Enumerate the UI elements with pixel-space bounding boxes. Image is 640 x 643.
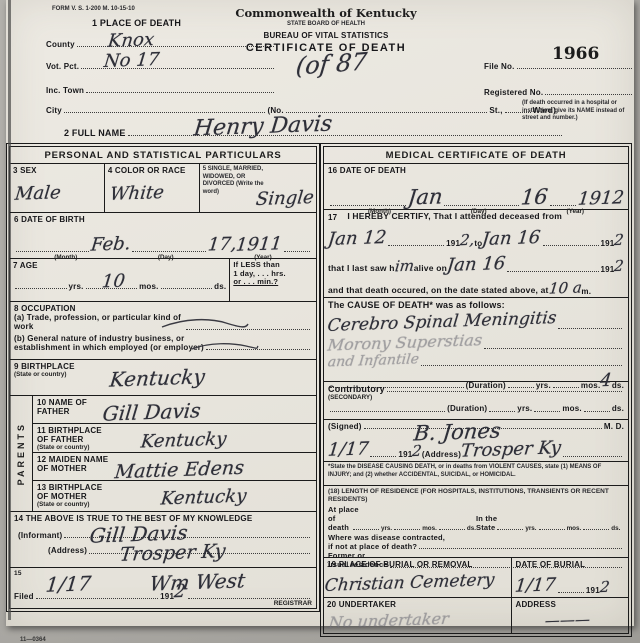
color-race-handwritten: White: [109, 184, 165, 204]
undertaker-address-label: ADDRESS: [515, 600, 625, 609]
dob-day-handwritten: 17,: [207, 236, 238, 255]
burial-place-label: 19 PLACE OF BURIAL OR REMOVAL: [327, 560, 508, 569]
burial-date-handwritten: 1/17: [514, 576, 556, 595]
form-number: FORM V. S. 1-200 M. 10-15-10: [52, 6, 135, 14]
file-number-stamp: 1966: [552, 44, 599, 64]
undertaker-address-handwritten: ———: [545, 613, 592, 630]
medical-certificate-title: MEDICAL CERTIFICATE OF DEATH: [324, 147, 628, 164]
bureau-subtitle: BUREAU OF VITAL STATISTICS: [216, 31, 436, 40]
residence-row: (18) LENGTH OF RESIDENCE (FOR HOSPITALS,…: [324, 486, 628, 558]
hour-handwritten: 10 a: [548, 280, 583, 296]
burial-row: 19 PLACE OF BURIAL OR REMOVAL Christian …: [324, 558, 628, 598]
father-birthplace-label: 11 BIRTHPLACE OF FATHER: [37, 426, 115, 444]
registered-no-label: Registered No.: [484, 88, 543, 97]
age-yrs-label: yrs.: [69, 282, 84, 291]
pen-flourish-mark-2: [190, 340, 260, 352]
sex-label: 3 SEX: [13, 166, 101, 175]
at-place-line1: At place: [328, 506, 476, 515]
vot-pct-label: Vot. Pct.: [46, 62, 79, 71]
in-state-line2: State: [476, 524, 495, 533]
parents-vertical-label: PARENTS: [16, 422, 26, 485]
dod-day-handwritten: 16: [520, 187, 549, 209]
commonwealth-title: Commonwealth of Kentucky: [216, 6, 436, 20]
mother-name-row: 12 MAIDEN NAME OF MOTHER Mattie Edens: [33, 453, 316, 481]
signed-year-handwritten: 2: [412, 444, 423, 459]
certify-row-number: 17: [328, 213, 337, 222]
res-mos-1: mos.: [422, 525, 437, 532]
marital-handwritten: Single: [255, 189, 315, 209]
registered-no-fill-line: [545, 92, 632, 95]
res-yrs-2: yrs.: [525, 525, 536, 532]
occupation-a-label: (a) Trade, profession, or particular kin…: [14, 313, 184, 331]
clerk-scrawl-annotation: (of 87: [295, 49, 368, 78]
mother-birthplace-handwritten: Kentucky: [160, 488, 247, 509]
birthplace-row: 9 BIRTHPLACE (State or country) Kentucky: [10, 360, 316, 396]
footnote-row: *State the DISEASE CAUSING DEATH, or in …: [324, 462, 628, 486]
cause-line3-illegible-pencil: and Infantile: [327, 353, 420, 370]
cause-line2-illegible-pencil: Morony Superstias: [327, 333, 483, 354]
medical-certificate-column: MEDICAL CERTIFICATE OF DEATH 16 DATE OF …: [323, 146, 629, 634]
attended-from-handwritten: Jan 12: [327, 229, 387, 249]
parents-vertical-label-cell: PARENTS: [10, 396, 33, 511]
mother-name-label: 12 MAIDEN NAME OF MOTHER: [37, 455, 115, 473]
father-name-label: 10 NAME OF FATHER: [37, 398, 97, 416]
contrib-duration-label: (Duration): [447, 404, 487, 413]
age-ds-label: ds.: [214, 282, 226, 291]
file-no-label: File No.: [484, 62, 515, 71]
filed-row: 15 Filed 191 2 1/17 Wm West REGISTRAR: [10, 568, 316, 608]
sex-handwritten: Male: [14, 184, 62, 204]
cause-of-death-label: The CAUSE OF DEATH* was as follows:: [328, 300, 624, 310]
undertaker-row: 20 UNDERTAKER No undertaker ADDRESS ———: [324, 598, 628, 633]
contributory-sub: (SECONDARY): [328, 394, 624, 401]
plate-number: 11—0364: [6, 634, 634, 643]
undertaker-label: 20 UNDERTAKER: [327, 600, 508, 609]
occupation-b-label: (b) General nature of industry business,…: [14, 334, 204, 352]
residence-label: (18) LENGTH OF RESIDENCE (FOR HOSPITALS,…: [328, 488, 624, 504]
informant-address-handwritten: Trosper Ky: [119, 542, 227, 565]
filed-label: Filed: [14, 592, 34, 601]
mother-birthplace-row: 13 BIRTHPLACE OF MOTHER (State or countr…: [33, 481, 316, 511]
birthplace-handwritten: Kentucky: [109, 366, 206, 389]
certificate-header: FORM V. S. 1-200 M. 10-15-10 1 PLACE OF …: [6, 0, 634, 146]
parents-section: PARENTS 10 NAME OF FATHER Gill Davis 11 …: [10, 396, 316, 512]
registrar-caption: REGISTRAR: [14, 600, 312, 607]
contrib-dur-mos: mos.: [562, 404, 581, 413]
full-name-label: 2 FULL NAME: [64, 128, 126, 138]
state-board-subtitle: STATE BOARD OF HEALTH: [216, 21, 436, 29]
father-birthplace-row: 11 BIRTHPLACE OF FATHER (State or countr…: [33, 424, 316, 453]
dob-label: 6 DATE OF BIRTH: [14, 215, 312, 224]
date-of-birth-row: 6 DATE OF BIRTH Feb. 17, 1911 (Month) (D…: [10, 213, 316, 259]
certify-statement: I HEREBY CERTIFY, That I attended deceas…: [347, 212, 562, 222]
county-handwritten: Knox: [107, 31, 155, 51]
inc-town-label: Inc. Town: [46, 86, 84, 95]
at-place-line2: of death: [328, 515, 351, 532]
pen-flourish-mark: [160, 316, 250, 330]
dod-month-handwritten: Jan: [406, 187, 443, 209]
contributory-label: Contributory: [328, 384, 385, 394]
scanned-page-background: FORM V. S. 1-200 M. 10-15-10 1 PLACE OF …: [0, 0, 640, 643]
masthead: Commonwealth of Kentucky STATE BOARD OF …: [216, 6, 436, 54]
informant-address-label: (Address): [48, 546, 87, 555]
undertaker-handwritten: No undertaker: [328, 611, 450, 631]
hospital-note: (If death occurred in a hospital or inst…: [522, 100, 634, 123]
saw-year-handwritten: 2: [614, 259, 625, 274]
occupation-label: 8 OCCUPATION: [14, 304, 312, 313]
in-state-line1: In the: [476, 515, 624, 524]
date-of-death-row: 16 DATE OF DEATH Jan 16 1912 (Month) (Da…: [324, 164, 628, 210]
dob-month-handwritten: Feb.: [90, 236, 131, 255]
occupation-row: 8 OCCUPATION (a) Trade, profession, or p…: [10, 302, 316, 360]
informant-label: (Informant): [18, 531, 62, 540]
signed-address-label: (Address): [422, 450, 461, 459]
registrar-signature-handwritten: Wm West: [149, 570, 246, 593]
contributory-row: Contributory (SECONDARY) (Duration) yrs.…: [324, 382, 628, 420]
mother-birthplace-label: 13 BIRTHPLACE OF MOTHER: [37, 483, 115, 501]
age-months-handwritten: 10: [101, 273, 126, 292]
signed-date-handwritten: 1/17: [327, 440, 369, 459]
m-label: m.: [581, 287, 591, 296]
filed-date-handwritten: 1/17: [45, 573, 92, 595]
contrib-dur-ds: ds.: [612, 404, 624, 413]
from-year-handwritten: 2,: [459, 233, 475, 248]
personal-particulars-column: PERSONAL AND STATISTICAL PARTICULARS 3 S…: [9, 146, 317, 609]
burial-place-handwritten: Christian Cemetery: [324, 572, 495, 595]
father-name-row: 10 NAME OF FATHER Gill Davis: [33, 396, 316, 424]
place-of-death-heading: 1 PLACE OF DEATH: [92, 18, 181, 28]
vot-pct-handwritten: No 17: [103, 51, 160, 71]
father-name-handwritten: Gill Davis: [102, 400, 202, 423]
burial-date-label: DATE OF BURIAL: [515, 560, 625, 569]
last-saw-date-handwritten: Jan 16: [446, 255, 506, 275]
personal-particulars-title: PERSONAL AND STATISTICAL PARTICULARS: [10, 147, 316, 164]
inc-town-fill-line: [86, 90, 274, 93]
color-race-label: 4 COLOR OR RACE: [108, 166, 196, 175]
less-than-line3: or . . . min.?: [233, 278, 313, 287]
to-year-handwritten: 2: [614, 233, 625, 248]
signed-label: (Signed): [328, 422, 362, 431]
cause-of-death-row: The CAUSE OF DEATH* was as follows: Cere…: [324, 298, 628, 382]
county-label: County: [46, 40, 75, 49]
res-mos-2: mos.: [567, 525, 582, 532]
res-ds-1: ds.: [467, 525, 476, 532]
certificate-body: PERSONAL AND STATISTICAL PARTICULARS 3 S…: [6, 146, 634, 634]
him-handwritten: im: [394, 258, 415, 274]
burial-year-printed: 191: [586, 586, 600, 595]
death-certificate-document: FORM V. S. 1-200 M. 10-15-10 1 PLACE OF …: [6, 0, 634, 626]
father-birthplace-handwritten: Kentucky: [140, 431, 227, 452]
informant-row: 14 THE ABOVE IS TRUE TO THE BEST OF MY K…: [10, 512, 316, 568]
contrib-dur-yrs: yrs.: [517, 404, 532, 413]
dod-year-handwritten: 1912: [577, 189, 625, 209]
dod-label: 16 DATE OF DEATH: [328, 166, 624, 175]
city-fill-line: [64, 110, 266, 113]
death-occured-label: and that death occured, on the date stat…: [328, 286, 549, 296]
attended-to-handwritten: Jan 16: [481, 229, 541, 249]
certify-row: 17 I HEREBY CERTIFY, That I attended dec…: [324, 210, 628, 298]
mother-name-handwritten: Mattie Edens: [114, 459, 245, 482]
age-row: 7 AGE yrs. mos. ds. 10 If LESS than 1 da…: [10, 259, 316, 302]
res-ds-2: ds.: [611, 525, 620, 532]
physician-address-handwritten: Trosper Ky: [460, 439, 562, 460]
file-no-fill-line: [517, 66, 633, 69]
city-label: City: [46, 106, 62, 115]
from-year-printed: 191: [446, 239, 460, 248]
alive-on-label: alive on: [414, 264, 447, 274]
city-st-label: St.,: [489, 106, 502, 115]
last-saw-label: that I last saw h: [328, 264, 395, 274]
dob-year-handwritten: 1911: [235, 235, 283, 255]
age-label: 7 AGE: [13, 261, 226, 270]
signed-row: (Signed) M. D. B. Jones 1/17 191 2 (Addr…: [324, 420, 628, 462]
full-name-handwritten: Henry Davis: [193, 114, 334, 141]
age-mos-label: mos.: [139, 282, 158, 291]
res-yrs-1: yrs.: [381, 525, 392, 532]
burial-year-handwritten: 2: [599, 580, 610, 595]
md-label: M. D.: [604, 422, 624, 431]
disease-contracted-line2: if not at place of death?: [328, 543, 417, 552]
cause-footnote: *State the DISEASE CAUSING DEATH, or in …: [328, 464, 624, 479]
sex-race-marital-row: 3 SEX Male 4 COLOR OR RACE White 5 SINGL…: [10, 164, 316, 213]
